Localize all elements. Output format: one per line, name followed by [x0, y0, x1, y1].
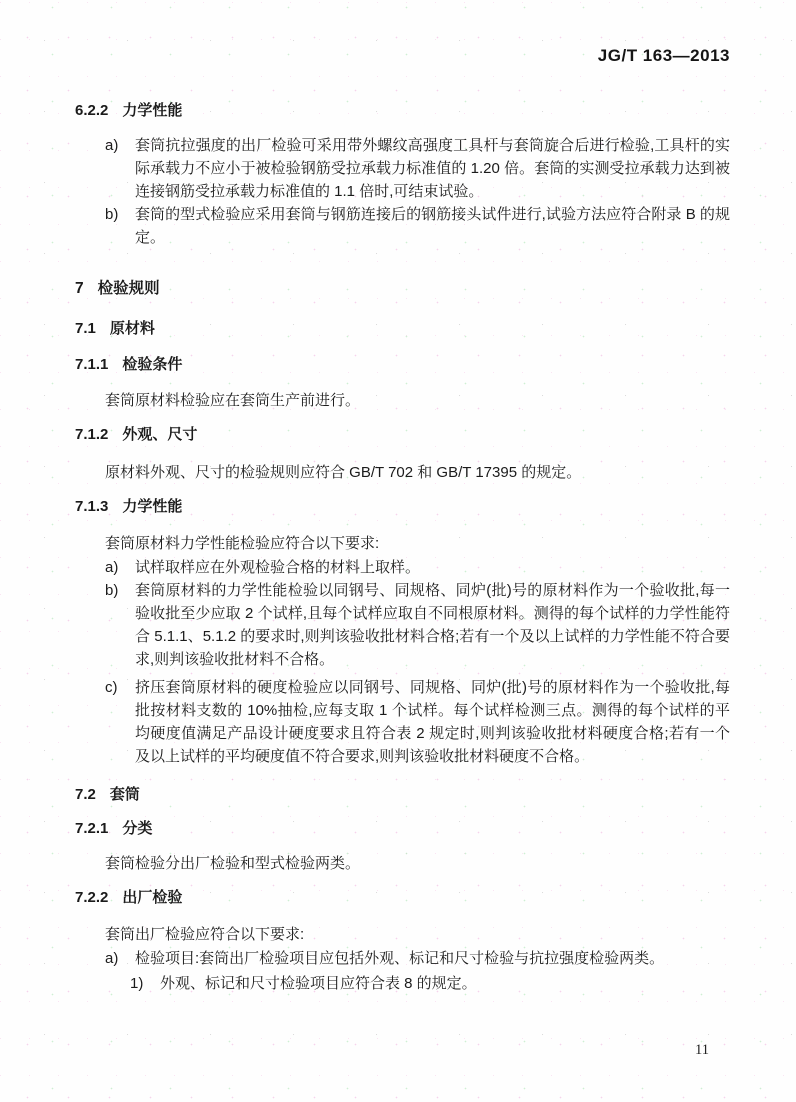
- list-item-b: b) 套筒原材料的力学性能检验以同钢号、同规格、同炉(批)号的原材料作为一个验收…: [105, 579, 730, 671]
- paragraph-7-1-3-intro: 套筒原材料力学性能检验应符合以下要求:: [75, 532, 730, 555]
- section-heading-7-1-3: 7.1.3力学性能: [75, 497, 730, 517]
- section-heading-7-1-2: 7.1.2外观、尺寸: [75, 425, 730, 445]
- page-header: JG/T 163—2013: [75, 46, 730, 66]
- list-item-c: c) 挤压套筒原材料的硬度检验应以同钢号、同规格、同炉(批)号的原材料作为一个验…: [105, 676, 730, 768]
- sublist-item-1: 1) 外观、标记和尺寸检验项目应符合表 8 的规定。: [130, 972, 730, 995]
- paragraph-7-1-1: 套筒原材料检验应在套筒生产前进行。: [75, 389, 730, 412]
- section-title: 分类: [122, 820, 152, 837]
- section-heading-7-1: 7.1原材料: [75, 319, 730, 339]
- list-item-label: b): [105, 579, 135, 671]
- list-item-a: a) 检验项目:套筒出厂检验项目应包括外观、标记和尺寸检验与抗拉强度检验两类。: [105, 947, 730, 970]
- section-number: 7.2.1: [75, 819, 108, 839]
- section-title: 出厂检验: [122, 889, 182, 906]
- section-number: 7.2: [75, 785, 96, 805]
- sublist-7-2-2: 1) 外观、标记和尺寸检验项目应符合表 8 的规定。: [130, 972, 730, 995]
- list-item-text: 套筒抗拉强度的出厂检验可采用带外螺纹高强度工具杆与套筒旋合后进行检验,工具杆的实…: [135, 134, 730, 203]
- section-title: 原材料: [110, 320, 155, 337]
- document-page: JG/T 163—2013 6.2.2力学性能 a) 套筒抗拉强度的出厂检验可采…: [0, 0, 796, 1102]
- section-heading-6-2-2: 6.2.2力学性能: [75, 101, 730, 121]
- list-item-text: 挤压套筒原材料的硬度检验应以同钢号、同规格、同炉(批)号的原材料作为一个验收批,…: [135, 676, 730, 768]
- list-item-a: a) 套筒抗拉强度的出厂检验可采用带外螺纹高强度工具杆与套筒旋合后进行检验,工具…: [105, 134, 730, 203]
- list-item-b: b) 套筒的型式检验应采用套筒与钢筋连接后的钢筋接头试件进行,试验方法应符合附录…: [105, 203, 730, 249]
- section-number: 7.1: [75, 319, 96, 339]
- section-heading-7-1-1: 7.1.1检验条件: [75, 355, 730, 375]
- section-title: 外观、尺寸: [122, 426, 197, 443]
- section-number: 7.1.3: [75, 497, 108, 517]
- section-number: 7.1.2: [75, 425, 108, 445]
- section-number: 6.2.2: [75, 101, 108, 121]
- list-item-text: 试样取样应在外观检验合格的材料上取样。: [135, 556, 730, 579]
- list-item-a: a) 试样取样应在外观检验合格的材料上取样。: [105, 556, 730, 579]
- page-number: 11: [686, 1042, 718, 1059]
- section-title: 力学性能: [122, 102, 182, 119]
- list-7-1-3: a) 试样取样应在外观检验合格的材料上取样。 b) 套筒原材料的力学性能检验以同…: [105, 556, 730, 768]
- list-item-text: 外观、标记和尺寸检验项目应符合表 8 的规定。: [160, 972, 730, 995]
- section-heading-7: 7检验规则: [75, 278, 730, 299]
- section-title: 检验规则: [98, 280, 160, 297]
- list-item-text: 检验项目:套筒出厂检验项目应包括外观、标记和尺寸检验与抗拉强度检验两类。: [135, 947, 730, 970]
- list-7-2-2: a) 检验项目:套筒出厂检验项目应包括外观、标记和尺寸检验与抗拉强度检验两类。: [105, 947, 730, 970]
- section-number: 7: [75, 278, 84, 299]
- list-item-label: a): [105, 134, 135, 203]
- paragraph-7-1-2: 原材料外观、尺寸的检验规则应符合 GB/T 702 和 GB/T 17395 的…: [75, 461, 730, 484]
- list-item-label: 1): [130, 972, 160, 995]
- list-item-label: c): [105, 676, 135, 768]
- list-item-label: b): [105, 203, 135, 249]
- list-6-2-2: a) 套筒抗拉强度的出厂检验可采用带外螺纹高强度工具杆与套筒旋合后进行检验,工具…: [105, 134, 730, 249]
- section-number: 7.2.2: [75, 888, 108, 908]
- section-heading-7-2-1: 7.2.1分类: [75, 819, 730, 839]
- section-heading-7-2: 7.2套筒: [75, 785, 730, 805]
- list-item-label: a): [105, 556, 135, 579]
- section-title: 套筒: [110, 786, 140, 803]
- section-title: 检验条件: [122, 356, 182, 373]
- list-item-text: 套筒的型式检验应采用套筒与钢筋连接后的钢筋接头试件进行,试验方法应符合附录 B …: [135, 203, 730, 249]
- paragraph-7-2-1: 套筒检验分出厂检验和型式检验两类。: [75, 852, 730, 875]
- section-title: 力学性能: [122, 498, 182, 515]
- list-item-label: a): [105, 947, 135, 970]
- paragraph-7-2-2-intro: 套筒出厂检验应符合以下要求:: [75, 923, 730, 946]
- section-heading-7-2-2: 7.2.2出厂检验: [75, 888, 730, 908]
- section-number: 7.1.1: [75, 355, 108, 375]
- list-item-text: 套筒原材料的力学性能检验以同钢号、同规格、同炉(批)号的原材料作为一个验收批,每…: [135, 579, 730, 671]
- standard-number: JG/T 163—2013: [598, 46, 730, 65]
